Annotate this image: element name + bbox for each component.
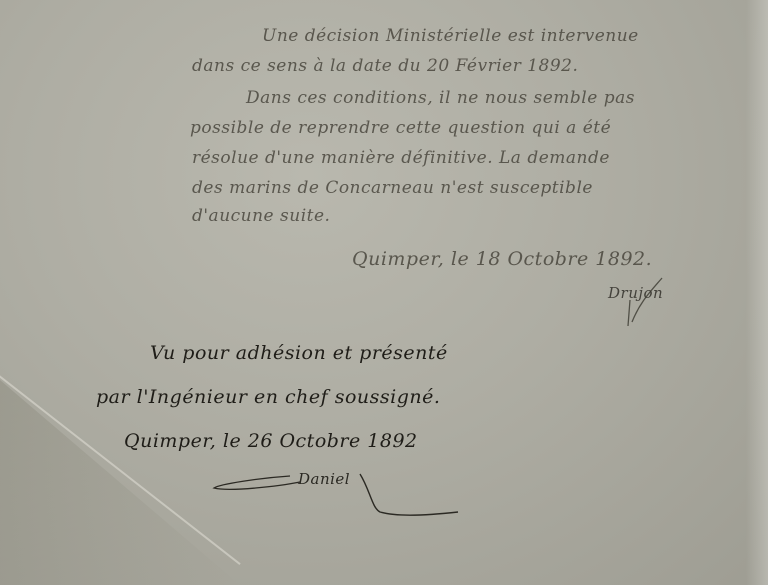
letter-line: des marins de Concarneau n'est susceptib…: [192, 178, 593, 198]
letter-line: possible de reprendre cette question qui…: [190, 118, 611, 138]
signature-flourish-icon: [200, 462, 460, 524]
letter-line: Une décision Ministérielle est intervenu…: [262, 26, 639, 46]
letter-line: d'aucune suite.: [192, 206, 330, 226]
letter-place-date: Quimper, le 18 Octobre 1892.: [352, 248, 652, 270]
signature-flourish-icon: [600, 272, 680, 332]
letter-line: résolue d'une manière définitive. La dem…: [192, 148, 610, 168]
endorsement-line: Vu pour adhésion et présenté: [150, 342, 448, 364]
endorsement-line: par l'Ingénieur en chef soussigné.: [96, 386, 440, 408]
letter-line: Dans ces conditions, il ne nous semble p…: [246, 88, 635, 108]
endorsement-line: Quimper, le 26 Octobre 1892: [124, 430, 418, 452]
letter-line: dans ce sens à la date du 20 Février 189…: [192, 56, 578, 76]
